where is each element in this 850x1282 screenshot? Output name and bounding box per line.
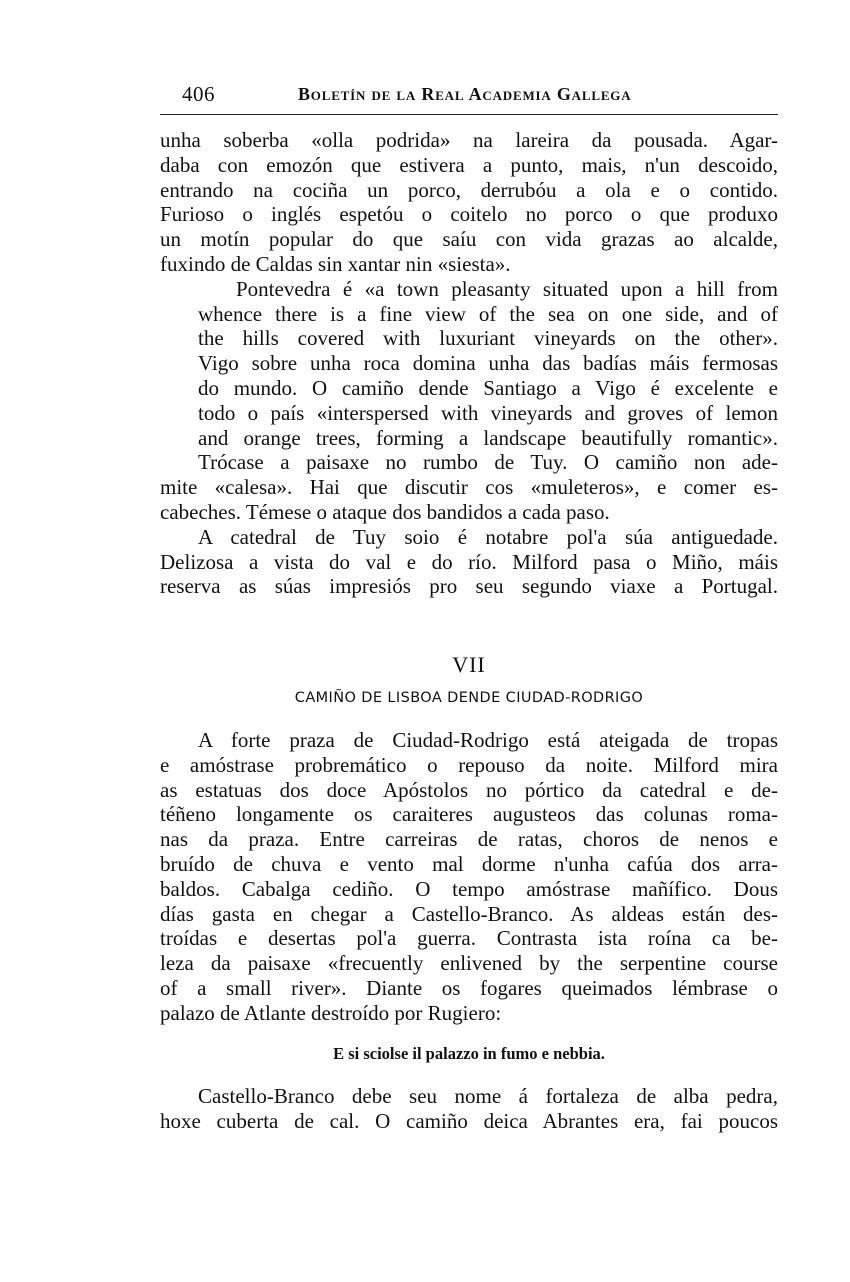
text-line: Castello-Branco debe seu nome á fortalez… — [160, 1084, 778, 1109]
chapter-title: CAMIÑO DE LISBOA DENDE CIUDAD-RODRIGO — [160, 690, 778, 706]
text-line: días gasta en chegar a Castello-Branco. … — [160, 902, 778, 927]
page-header: 406 Boletín de la Real Academia Gallega — [160, 80, 780, 114]
text-line: unha soberba «olla podrida» na lareira d… — [160, 128, 778, 153]
text-line: reserva as súas impresiós pro seu segund… — [160, 574, 778, 599]
text-line: A forte praza de Ciudad-Rodrigo está ate… — [160, 728, 778, 753]
text-line: e amóstrase probremático o repouso da no… — [160, 753, 778, 778]
text-line: Furioso o inglés espetóu o coitelo no po… — [160, 202, 778, 227]
text-line: palazo de Atlante destroído por Rugiero: — [160, 1001, 778, 1026]
body-text-section-1: unha soberba «olla podrida» na lareira d… — [160, 128, 778, 599]
text-line: and orange trees, forming a landscape be… — [160, 426, 778, 451]
body-text-section-3: Castello-Branco debe seu nome á fortalez… — [160, 1084, 778, 1134]
text-line: cabeches. Témese o ataque dos bandidos a… — [160, 500, 778, 525]
running-title: Boletín de la Real Academia Gallega — [298, 84, 631, 105]
body-text-section-2: A forte praza de Ciudad-Rodrigo está ate… — [160, 728, 778, 1026]
text-line: A catedral de Tuy soio é notabre pol'a s… — [160, 525, 778, 550]
text-line: Pontevedra é «a town pleasanty situated … — [160, 277, 778, 302]
text-line: troídas e desertas pol'a guerra. Contras… — [160, 926, 778, 951]
text-line: todo o país «interspersed with vineyards… — [160, 401, 778, 426]
text-line: as estatuas dos doce Apóstolos no pórtic… — [160, 778, 778, 803]
book-page: 406 Boletín de la Real Academia Gallega … — [0, 0, 850, 1282]
paragraph: Castello-Branco debe seu nome á fortalez… — [160, 1084, 778, 1134]
text-line: whence there is a fine view of the sea o… — [160, 302, 778, 327]
text-line: the hills covered with luxuriant vineyar… — [160, 326, 778, 351]
header-rule — [160, 114, 778, 115]
text-line: bruído de chuva e vento mal dorme n'unha… — [160, 852, 778, 877]
text-line: Trócase a paisaxe no rumbo de Tuy. O cam… — [160, 450, 778, 475]
text-line: entrando na cociña un porco, derrubóu a … — [160, 178, 778, 203]
paragraph: Pontevedra é «a town pleasanty situated … — [160, 277, 778, 451]
text-line: daba con emozón que estivera a punto, ma… — [160, 153, 778, 178]
text-line: téñeno longamente os caraiteres augusteo… — [160, 802, 778, 827]
page-number: 406 — [182, 82, 215, 107]
paragraph: A forte praza de Ciudad-Rodrigo está ate… — [160, 728, 778, 1026]
text-line: hoxe cuberta de cal. O camiño deica Abra… — [160, 1109, 778, 1134]
text-line: un motín popular do que saíu con vida gr… — [160, 227, 778, 252]
paragraph: Trócase a paisaxe no rumbo de Tuy. O cam… — [160, 450, 778, 524]
text-line: mite «calesa». Hai que discutir cos «mul… — [160, 475, 778, 500]
verse-quotation: E si sciolse il palazzo in fumo e nebbia… — [160, 1044, 778, 1064]
text-line: leza da paisaxe «frecuently enlivened by… — [160, 951, 778, 976]
text-line: do mundo. O camiño dende Santiago a Vigo… — [160, 376, 778, 401]
paragraph: A catedral de Tuy soio é notabre pol'a s… — [160, 525, 778, 599]
paragraph: unha soberba «olla podrida» na lareira d… — [160, 128, 778, 277]
text-line: nas da praza. Entre carreiras de ratas, … — [160, 827, 778, 852]
text-line: baldos. Cabalga cediño. O tempo amóstras… — [160, 877, 778, 902]
text-line: fuxindo de Caldas sin xantar nin «siesta… — [160, 252, 778, 277]
chapter-number: VII — [160, 652, 778, 678]
text-line: Vigo sobre unha roca domina unha das bad… — [160, 351, 778, 376]
text-line: Delizosa a vista do val e do río. Milfor… — [160, 550, 778, 575]
text-line: of a small river». Diante os fogares que… — [160, 976, 778, 1001]
